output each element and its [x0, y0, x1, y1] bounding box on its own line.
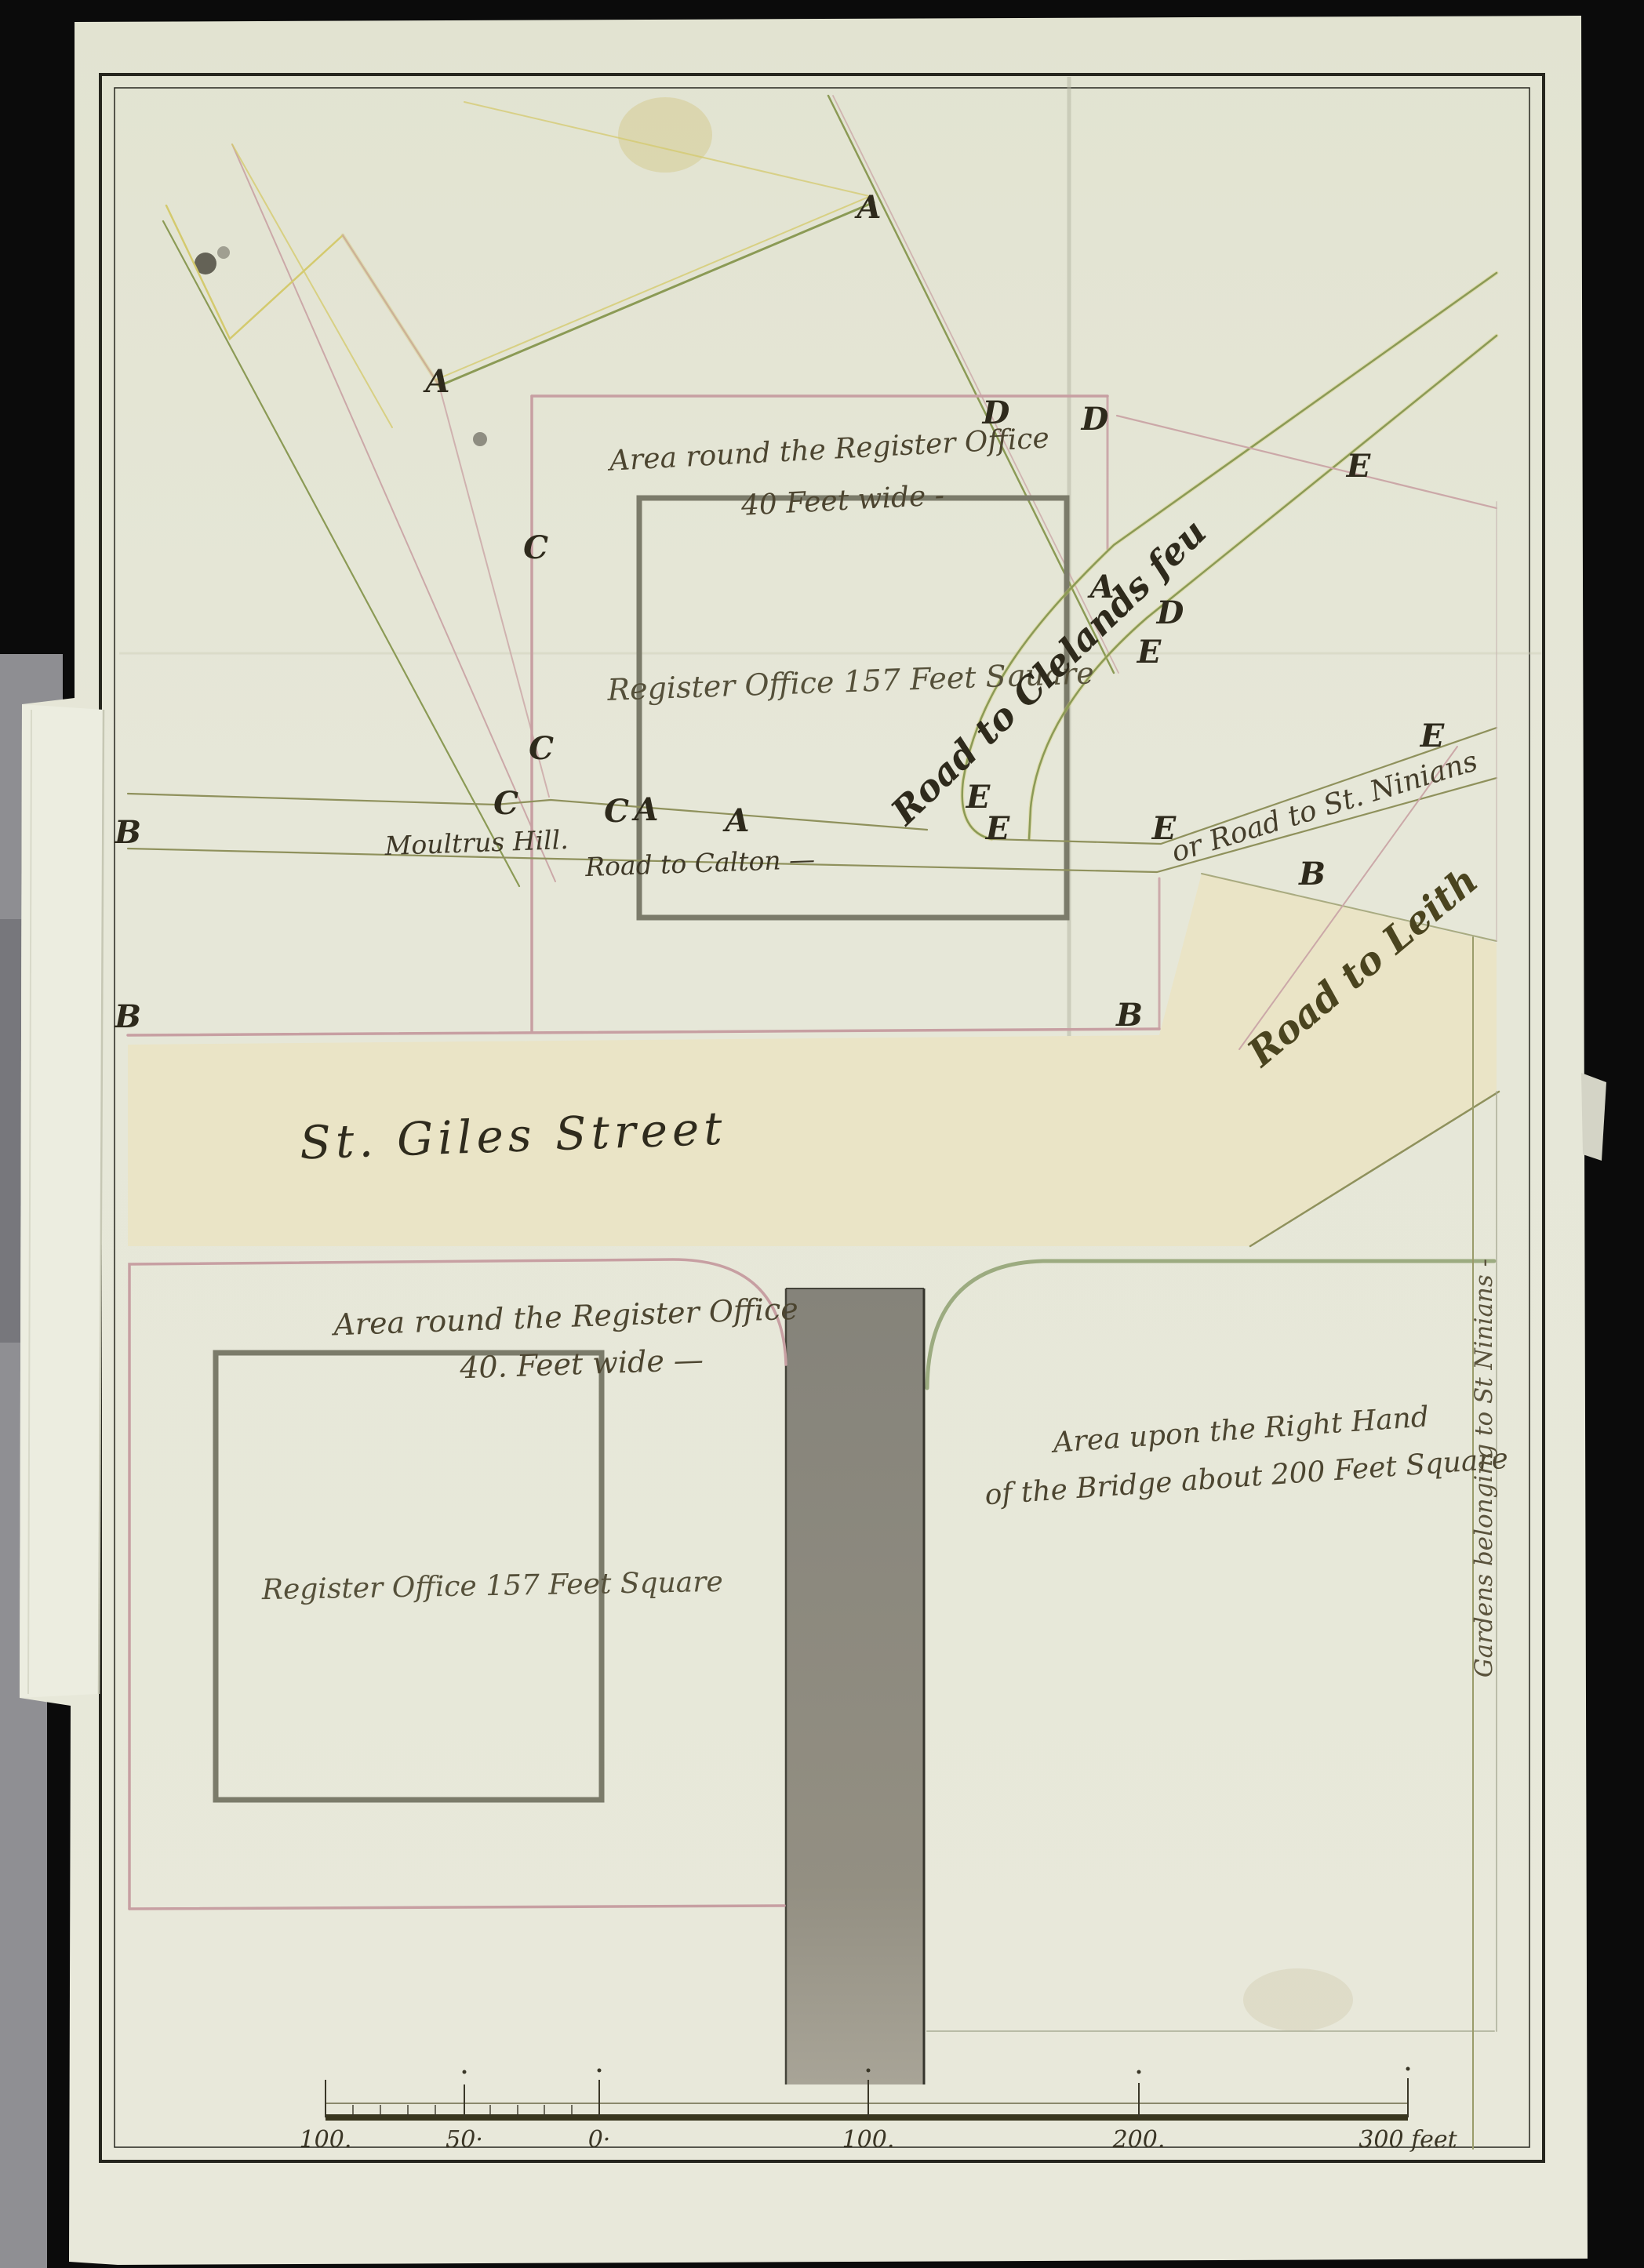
reference-letter-a: A — [722, 802, 749, 839]
bridge — [786, 1288, 924, 2084]
scale-label: 100. — [300, 2126, 352, 2154]
reference-letter-d: D — [1156, 594, 1184, 631]
reference-letter-c: C — [529, 730, 554, 767]
reference-letter-a: A — [853, 189, 881, 226]
reference-letter-d: D — [982, 394, 1010, 431]
reference-letter-b: B — [114, 998, 141, 1035]
reference-letter-c: C — [523, 529, 548, 566]
scale-label: 300 feet — [1358, 2126, 1457, 2154]
reference-letter-e: E — [1137, 634, 1162, 671]
annotation-gardens-label: Gardens belonging to St Ninians - — [1470, 1259, 1498, 1677]
reference-letter-a: A — [631, 791, 658, 828]
reference-letter-e: E — [1151, 810, 1177, 847]
scale-label: 0· — [588, 2126, 611, 2154]
reference-letter-b: B — [114, 814, 141, 851]
scale-label: 200. — [1112, 2126, 1166, 2154]
reference-letter-a: A — [1086, 569, 1114, 605]
reference-letter-a: A — [422, 363, 449, 400]
reference-letter-e: E — [1346, 448, 1371, 485]
scale-label: 50· — [446, 2126, 483, 2154]
reference-letter-d: D — [1081, 401, 1109, 438]
reference-letter-e: E — [985, 810, 1010, 847]
annotation-moultrays-hill-label: Moultrus Hill. — [384, 824, 569, 861]
reference-letter-b: B — [1115, 997, 1143, 1034]
reference-letter-b: B — [1298, 856, 1326, 892]
paper-fold-flap — [20, 704, 104, 1698]
scale-label: 100. — [842, 2126, 895, 2154]
reference-letter-c: C — [604, 793, 629, 830]
reference-letter-c: C — [493, 785, 518, 822]
reference-letter-e: E — [1420, 718, 1445, 754]
scanned-plan-image: Area round the Register Office40 Feet wi… — [0, 0, 1644, 2268]
